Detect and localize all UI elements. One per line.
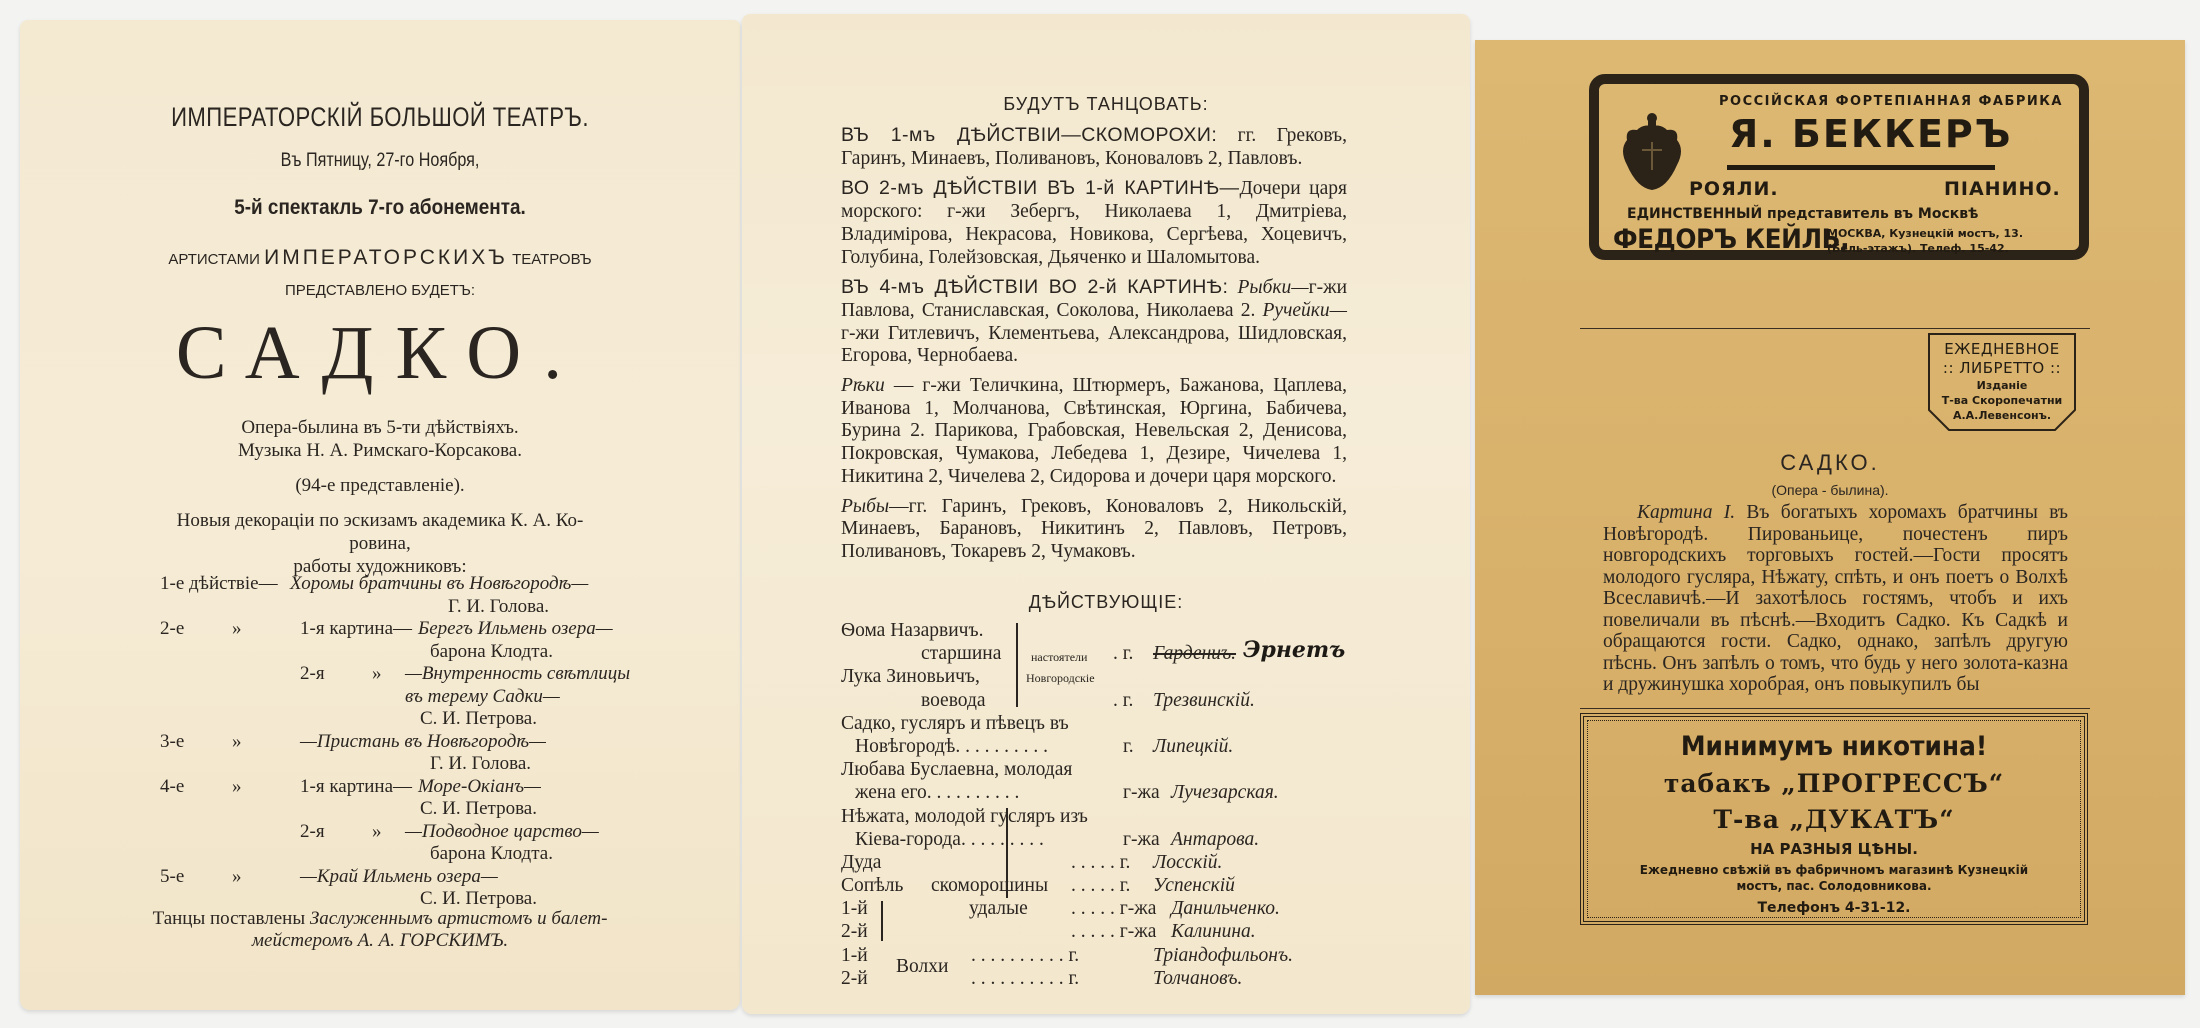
act-row: 1-е дѣйствіе— Хоромы братчины въ Новѣгор… <box>160 573 680 596</box>
dancers-act1: ВЪ 1-мъ ДѢЙСТВІИ—СКОМОРОХИ: гг. Грековъ,… <box>841 124 1347 170</box>
ad-address: МОСКВА, Кузнецкій мостъ, 13. (Бель-этажъ… <box>1827 226 2023 256</box>
performance-number: (94-е представленіе). <box>20 474 740 497</box>
scenery-list: 1-е дѣйствіе— Хоромы братчины въ Новѣгор… <box>160 573 680 911</box>
ditto-mark: » <box>372 663 382 686</box>
decor-line-1: Новыя декораціи по эскизамъ академика К.… <box>20 509 740 532</box>
artists-post: ТЕАТРОВЪ <box>512 251 592 268</box>
badge-line: ЕЖЕДНЕВНОЕ <box>1927 340 2077 358</box>
title-prefix: г-жа <box>1123 828 1160 851</box>
struck-actor: Гардениъ. <box>1153 642 1236 665</box>
scene-number: 1-я картина— <box>300 618 412 641</box>
actor: Данильченко. <box>1171 897 1280 920</box>
dances-credit-1: Заслуженнымъ артистомъ и балет- <box>310 908 608 929</box>
ad-dealer: ФЕДОРЪ КЕЙЛЬ, <box>1613 224 1849 255</box>
group-label: Рѣки <box>841 375 885 396</box>
badge-line: :: ЛИБРЕТТО :: <box>1927 359 2077 377</box>
group-label: Ручейки— <box>1255 300 1347 321</box>
role-group: скоморошины <box>931 874 1048 897</box>
act-artist: барона Клодта. <box>430 843 553 866</box>
group-label: Рыбки— <box>1228 277 1308 298</box>
role: Кіева-города. . . . . . . . . <box>855 828 1044 851</box>
section-label: ВЪ 4-мъ ДѢЙСТВІИ ВО 2-й КАРТИНѢ: <box>841 276 1228 298</box>
dancers-act4: ВЪ 4-мъ ДѢЙСТВІИ ВО 2-й КАРТИНѢ: Рыбки—г… <box>841 276 1347 368</box>
scene-number: 2-я <box>300 663 325 686</box>
title-prefix: . . . . . г. <box>1071 851 1130 874</box>
dances-prefix: Танцы поставлены <box>153 908 306 929</box>
artists-pre: АРТИСТАМИ <box>168 251 260 268</box>
shop-line: мостъ, пас. Солодовникова. <box>1584 878 2084 894</box>
artists-big: ИМПЕРАТОРСКИХЪ <box>264 246 508 269</box>
libretto-subtitle: (Опера - былина). <box>1475 482 2185 498</box>
title-prefix: . . . . . . . . . . г. <box>971 944 1079 967</box>
libretto-title: САДКО. <box>1475 450 2185 476</box>
ad-product-grand: РОЯЛИ. <box>1689 178 1779 200</box>
act-row: 4-е » 1-я картина— Море-Окіанъ— <box>160 776 680 799</box>
shop-line: Ежедневно свѣжій въ фабричномъ магазинѣ … <box>1584 862 2084 878</box>
role: Любава Буслаевна, молодая <box>841 758 1072 781</box>
section-label: ВО 2-мъ ДѢЙСТВІИ ВЪ 1-й КАРТИНѢ— <box>841 177 1240 199</box>
role: Новѣгородѣ. . . . . . . . . . <box>855 735 1048 758</box>
role: воевода <box>921 689 986 712</box>
act-scene-title: Море-Окіанъ— <box>418 776 541 799</box>
scene-number: 1-я картина— <box>300 776 412 799</box>
artists-line: АРТИСТАМИ ИМПЕРАТОРСКИХЪ ТЕАТРОВЪ <box>20 246 740 270</box>
program-page-title: ИМПЕРАТОРСКІЙ БОЛЬШОЙ ТЕАТРЪ. Въ Пятницу… <box>20 20 740 1010</box>
actor: Липецкій. <box>1153 735 1233 758</box>
brand-underline <box>1727 165 1995 170</box>
title-prefix: г-жа <box>1123 781 1160 804</box>
ad-phone: Телефонъ 4-31-12. <box>1584 900 2084 916</box>
handwritten-actor: Эрнетъ <box>1243 639 1345 662</box>
group-label: Рыбы <box>841 496 889 517</box>
title-prefix: . . . . . г-жа <box>1071 897 1156 920</box>
ditto-mark: » <box>232 776 242 799</box>
title-prefix: . . . . . . . . . . г. <box>971 967 1079 990</box>
act-row: 3-е » —Пристань въ Новѣгородѣ— <box>160 731 680 754</box>
title-prefix: . . . . . г-жа <box>1071 920 1156 943</box>
synopsis-text: Въ богатыхъ хоромахъ братчины въ Новѣгор… <box>1603 502 2068 695</box>
libretto-badge: ЕЖЕДНЕВНОЕ :: ЛИБРЕТТО :: Изданіе Т-ва С… <box>1927 332 2077 432</box>
opera-title: САДКО. <box>20 310 740 397</box>
role: жена его. . . . . . . . . . <box>855 781 1019 804</box>
divider <box>1580 328 2090 329</box>
act-row: 2-я » —Подводное царство— <box>160 821 680 844</box>
ad-factory-line: РОССІЙСКАЯ ФОРТЕПІАННАЯ ФАБРИКА <box>1719 94 2063 109</box>
dancers-fish: Рыбы—гг. Гаринъ, Грековъ, Коноваловъ 2, … <box>841 496 1347 564</box>
act-artist: Г. И. Голова. <box>430 753 531 776</box>
role-group: удалые <box>969 897 1028 920</box>
act-number: 5-е <box>160 866 184 889</box>
actor: Лосскій. <box>1153 851 1222 874</box>
role: 2-й <box>841 967 868 990</box>
act-number: 1-е дѣйствіе— <box>160 573 278 596</box>
scene-label: Картина I. <box>1637 502 1735 523</box>
cast-heading: ДѢЙСТВУЮЩІЕ: <box>742 592 1470 613</box>
ad-product-upright: ПІАНИНО. <box>1944 178 2061 200</box>
actor: Калинина. <box>1171 920 1256 943</box>
act-scene-title: Берегъ Ильмень озера— <box>418 618 613 641</box>
act-number: 4-е <box>160 776 184 799</box>
genre: Опера-былина въ 5-ти дѣйствіяхъ. <box>20 416 740 439</box>
title-prefix: г. <box>1123 735 1134 758</box>
ditto-mark: » <box>372 821 382 844</box>
role: 1-й <box>841 897 868 920</box>
program-page-cast: БУДУТЪ ТАНЦОВАТЬ: ВЪ 1-мъ ДѢЙСТВІИ—СКОМО… <box>742 14 1470 1014</box>
title-prefix: . г. <box>1113 689 1133 712</box>
role: Сопѣль <box>841 874 903 897</box>
act-scene-title: —Внутренность свѣтлицы <box>405 663 630 686</box>
synopsis: Картина I. Въ богатыхъ хоромахъ братчины… <box>1603 502 2068 696</box>
act-row: 5-е » —Край Ильмень озера— <box>160 866 680 889</box>
role: Нѣжата, молодой гусляръ изъ <box>841 805 1088 828</box>
composer: Музыка Н. А. Римскаго-Корсакова. <box>20 439 740 462</box>
act-number: 2-е <box>160 618 184 641</box>
role: Дуда <box>841 851 881 874</box>
actor: Толчановъ. <box>1153 967 1242 990</box>
badge-line: Т-ва Скоропечатни <box>1927 394 2077 407</box>
act-number: 3-е <box>160 731 184 754</box>
act-artist: С. И. Петрова. <box>420 708 537 731</box>
actor: Антарова. <box>1171 828 1259 851</box>
ad-company: Т-ва „ДУКАТЪ“ <box>1584 805 2084 834</box>
ad-headline: Минимумъ никотина! <box>1604 731 2064 762</box>
dances-credit-2: мейстеромъ А. А. ГОРСКИМЪ. <box>20 930 740 952</box>
act-scene-title: —Подводное царство— <box>405 821 599 844</box>
names: г-жи Гитлевичъ, Клементьева, Александров… <box>841 323 1347 367</box>
ditto-mark: » <box>232 731 242 754</box>
address-line: МОСКВА, Кузнецкій мостъ, 13. <box>1827 226 2023 241</box>
section-label: ВЪ 1-мъ ДѢЙСТВІИ—СКОМОРОХИ: <box>841 124 1217 146</box>
subscription-info: 5-й спектакль 7-го абонемента. <box>56 196 704 220</box>
names: —гг. Гаринъ, Грековъ, Коноваловъ 2, Нико… <box>841 496 1347 562</box>
act-row: 2-я » —Внутренность свѣтлицы <box>160 663 680 686</box>
actor: Трезвинскій. <box>1153 689 1255 712</box>
libretto-page: РОССІЙСКАЯ ФОРТЕПІАННАЯ ФАБРИКА Я. БЕККЕ… <box>1475 40 2185 995</box>
ad-prices: НА РАЗНЫЯ ЦѢНЫ. <box>1584 840 2084 858</box>
badge-line: Изданіе <box>1927 379 2077 392</box>
act-row: 2-е » 1-я картина— Берегъ Ильмень озера— <box>160 618 680 641</box>
act-scene-title: —Край Ильмень озера— <box>300 866 498 889</box>
actor: Тріандофильонъ. <box>1153 944 1293 967</box>
opera-info: Опера-былина въ 5-ти дѣйствіяхъ. Музыка … <box>20 416 740 578</box>
act-artist: барона Клодта. <box>430 641 553 664</box>
dancers-act2: ВО 2-мъ ДѢЙСТВІИ ВЪ 1-й КАРТИНѢ—Дочери ц… <box>841 177 1347 269</box>
presented-line: ПРЕДСТАВЛЕНО БУДЕТЪ: <box>20 282 740 299</box>
piano-advertisement: РОССІЙСКАЯ ФОРТЕПІАННАЯ ФАБРИКА Я. БЕККЕ… <box>1589 74 2089 260</box>
choreographer-credit: Танцы поставлены Заслуженнымъ артистомъ … <box>20 908 740 952</box>
ad-representative: ЕДИНСТВЕННЫЙ представитель въ Москвѣ <box>1627 206 1978 222</box>
ad-brand: Я. БЕККЕРЪ <box>1729 112 2012 156</box>
decor-line-2: ровина, <box>20 532 740 555</box>
performance-date: Въ Пятницу, 27-го Ноября, <box>74 150 686 172</box>
actor: Лучезарская. <box>1171 781 1279 804</box>
ad-shop: Ежедневно свѣжій въ фабричномъ магазинѣ … <box>1584 862 2084 894</box>
act-artist: Г. И. Голова. <box>448 596 549 619</box>
ditto-mark: » <box>232 618 242 641</box>
actor: Успенскій <box>1153 874 1235 897</box>
address-line: (Бель-этажъ). Телеф. 15-42. <box>1827 241 2023 256</box>
act-artist: С. И. Петрова. <box>420 798 537 821</box>
dancers-list: ВЪ 1-мъ ДѢЙСТВІИ—СКОМОРОХИ: гг. Грековъ,… <box>841 124 1347 571</box>
divider <box>1580 708 2090 709</box>
dancers-heading: БУДУТЪ ТАНЦОВАТЬ: <box>742 94 1470 115</box>
role: 1-й <box>841 944 868 967</box>
title-prefix: . . . . . г. <box>1071 874 1130 897</box>
ditto-mark: » <box>232 866 242 889</box>
ad-product: табакъ „ПРОГРЕССЪ“ <box>1584 769 2084 798</box>
role: старшина <box>921 642 1001 665</box>
scene-number: 2-я <box>300 821 325 844</box>
names: — г-жи Теличкина, Штюрмеръ, Бажанова, Ца… <box>841 375 1347 487</box>
badge-line: А.А.Левенсонъ. <box>1927 409 2077 422</box>
imperial-crest-icon <box>1617 110 1687 192</box>
cast-list: Ѳома Назарвичъ. старшина настоятели . г.… <box>841 619 1361 990</box>
role: Ѳома Назарвичъ. <box>841 619 983 642</box>
role: 2-й <box>841 920 868 943</box>
role-group: Новгородскіе <box>1026 667 1095 690</box>
title-prefix: . г. <box>1113 642 1133 665</box>
dancers-rivers: Рѣки — г-жи Теличкина, Штюрмеръ, Бажанов… <box>841 375 1347 489</box>
role: Садко, гусляръ и пѣвецъ въ <box>841 712 1069 735</box>
act-scene-title: Хоромы братчины въ Новѣгородѣ— <box>290 573 588 596</box>
act-scene-title: —Пристань въ Новѣгородѣ— <box>300 731 546 754</box>
theatre-name: ИМПЕРАТОРСКІЙ БОЛЬШОЙ ТЕАТРЪ. <box>85 102 675 133</box>
act-scene-title-cont: въ терему Садки— <box>405 686 560 709</box>
tobacco-advertisement: Минимумъ никотина! табакъ „ПРОГРЕССЪ“ Т-… <box>1580 713 2088 925</box>
role: Лука Зиновьичъ, <box>841 665 980 688</box>
